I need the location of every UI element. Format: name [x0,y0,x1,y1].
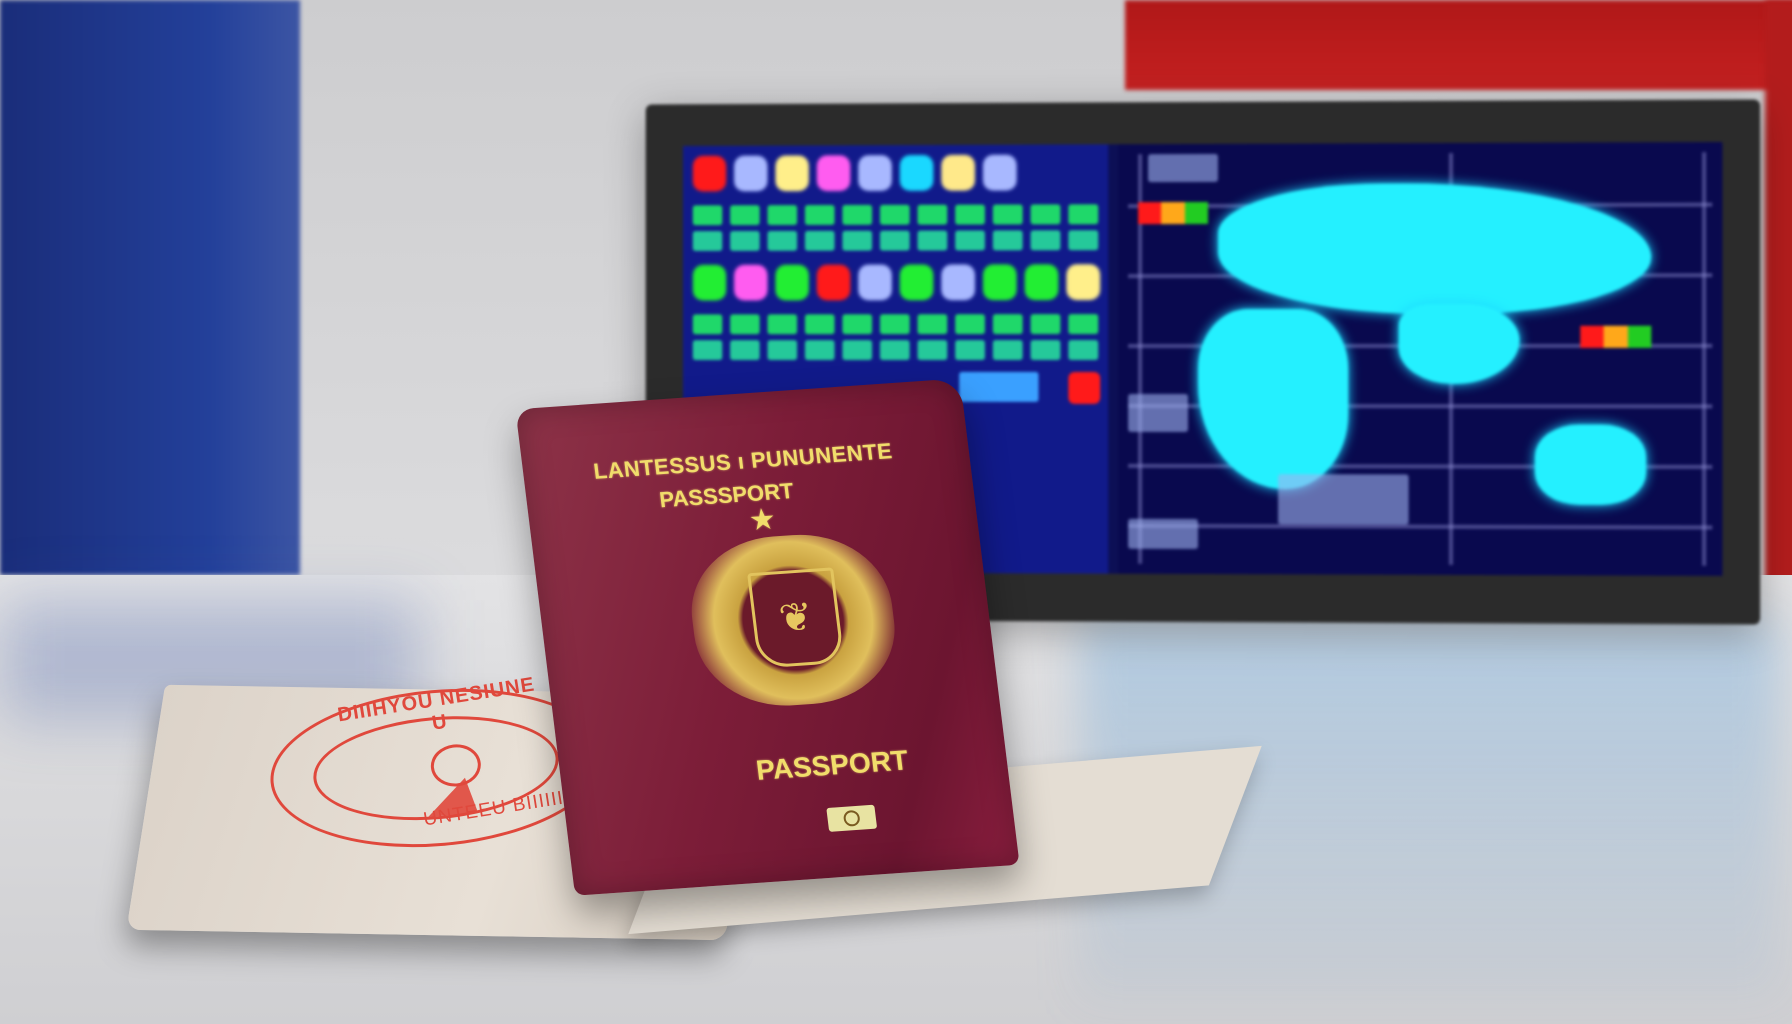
world-map [1118,142,1722,576]
status-tile [900,155,934,191]
eagle-icon: ❦ [747,567,845,668]
status-tile [693,340,722,360]
status-tile [993,230,1023,250]
status-tile [1066,264,1100,300]
status-indicator-2 [1580,326,1651,348]
alert-tile [1068,372,1100,404]
status-tile [1031,204,1061,224]
status-tile [817,265,851,301]
passport-cover: LANTESSUS ı PUNUNENTE PASSSPORT ★ ❦ PASS… [515,378,1019,895]
map-label-box [1278,474,1409,524]
status-tile [955,205,985,225]
status-tile [775,265,809,301]
status-tile [693,156,726,192]
status-tile [1068,314,1098,334]
map-label-box [1148,154,1218,182]
status-tile [918,205,948,225]
status-tile [918,340,948,360]
status-tile [1031,230,1061,250]
status-tile [918,314,948,334]
australia [1535,424,1646,505]
status-tile [734,156,767,192]
map-label-box [1128,519,1198,549]
status-tile [693,231,722,251]
status-grid-3 [693,314,1098,334]
status-tile [900,264,934,300]
status-indicator-1 [1138,202,1208,224]
status-tile [955,340,985,360]
status-tile [880,314,910,334]
status-tile [768,314,798,334]
coat-of-arms-emblem: ❦ [683,529,904,712]
south-asia [1399,304,1520,384]
status-tile [993,314,1023,334]
status-tile [817,155,851,191]
status-tile [1068,230,1098,250]
status-tile [880,231,910,251]
status-row-1 [693,155,1017,192]
africa [1198,309,1348,489]
status-panel [959,372,1038,402]
flag-red-stripe [1125,0,1792,90]
status-tile [805,205,835,225]
status-tile [858,155,892,191]
status-tile [1068,204,1098,224]
status-tile [955,314,985,334]
status-tile [983,155,1017,191]
status-tile [993,204,1023,224]
status-grid-1 [693,204,1098,225]
status-grid-2 [693,230,1098,251]
status-tile [993,340,1023,360]
status-tile [880,340,910,360]
status-tile [842,231,872,251]
status-tile [693,314,722,334]
status-tile [880,205,910,225]
status-tile [1031,314,1061,334]
status-row-2 [693,264,1100,300]
status-tile [842,340,872,360]
status-grid-4 [693,340,1098,360]
status-tile [805,231,835,251]
flag-blue-stripe [0,0,300,575]
status-tile [730,340,760,360]
map-label-box [1128,394,1188,432]
status-tile [1025,264,1059,300]
status-tile [768,231,798,251]
status-tile [730,205,760,225]
status-tile [842,205,872,225]
biometric-chip-icon [826,805,877,832]
flag-red-edge [1765,0,1792,640]
status-tile [1031,340,1061,360]
star-icon: ★ [749,504,776,536]
status-tile [805,340,835,360]
status-tile [983,264,1017,300]
cover-country-text: LANTESSUS ı PUNUNENTE [592,438,894,485]
status-tile [805,314,835,334]
status-tile [941,264,975,300]
status-tile [955,230,985,250]
status-tile [941,155,975,191]
status-tile [730,231,760,251]
status-tile [768,340,798,360]
status-tile [730,314,760,334]
status-tile [693,205,722,225]
status-tile [918,231,948,251]
status-tile [1068,340,1098,360]
status-tile [858,265,892,301]
scene: DIIIHYOU NESIUNE U UNTEEU BIIIIIII LANTE… [0,0,1792,1024]
status-tile [734,265,767,301]
cover-passport-label: PASSPORT [754,744,910,786]
status-tile [768,205,798,225]
status-tile [842,314,872,334]
status-tile [693,265,726,301]
cover-title-text: PASSSPORT [658,478,795,513]
status-tile [775,155,809,191]
